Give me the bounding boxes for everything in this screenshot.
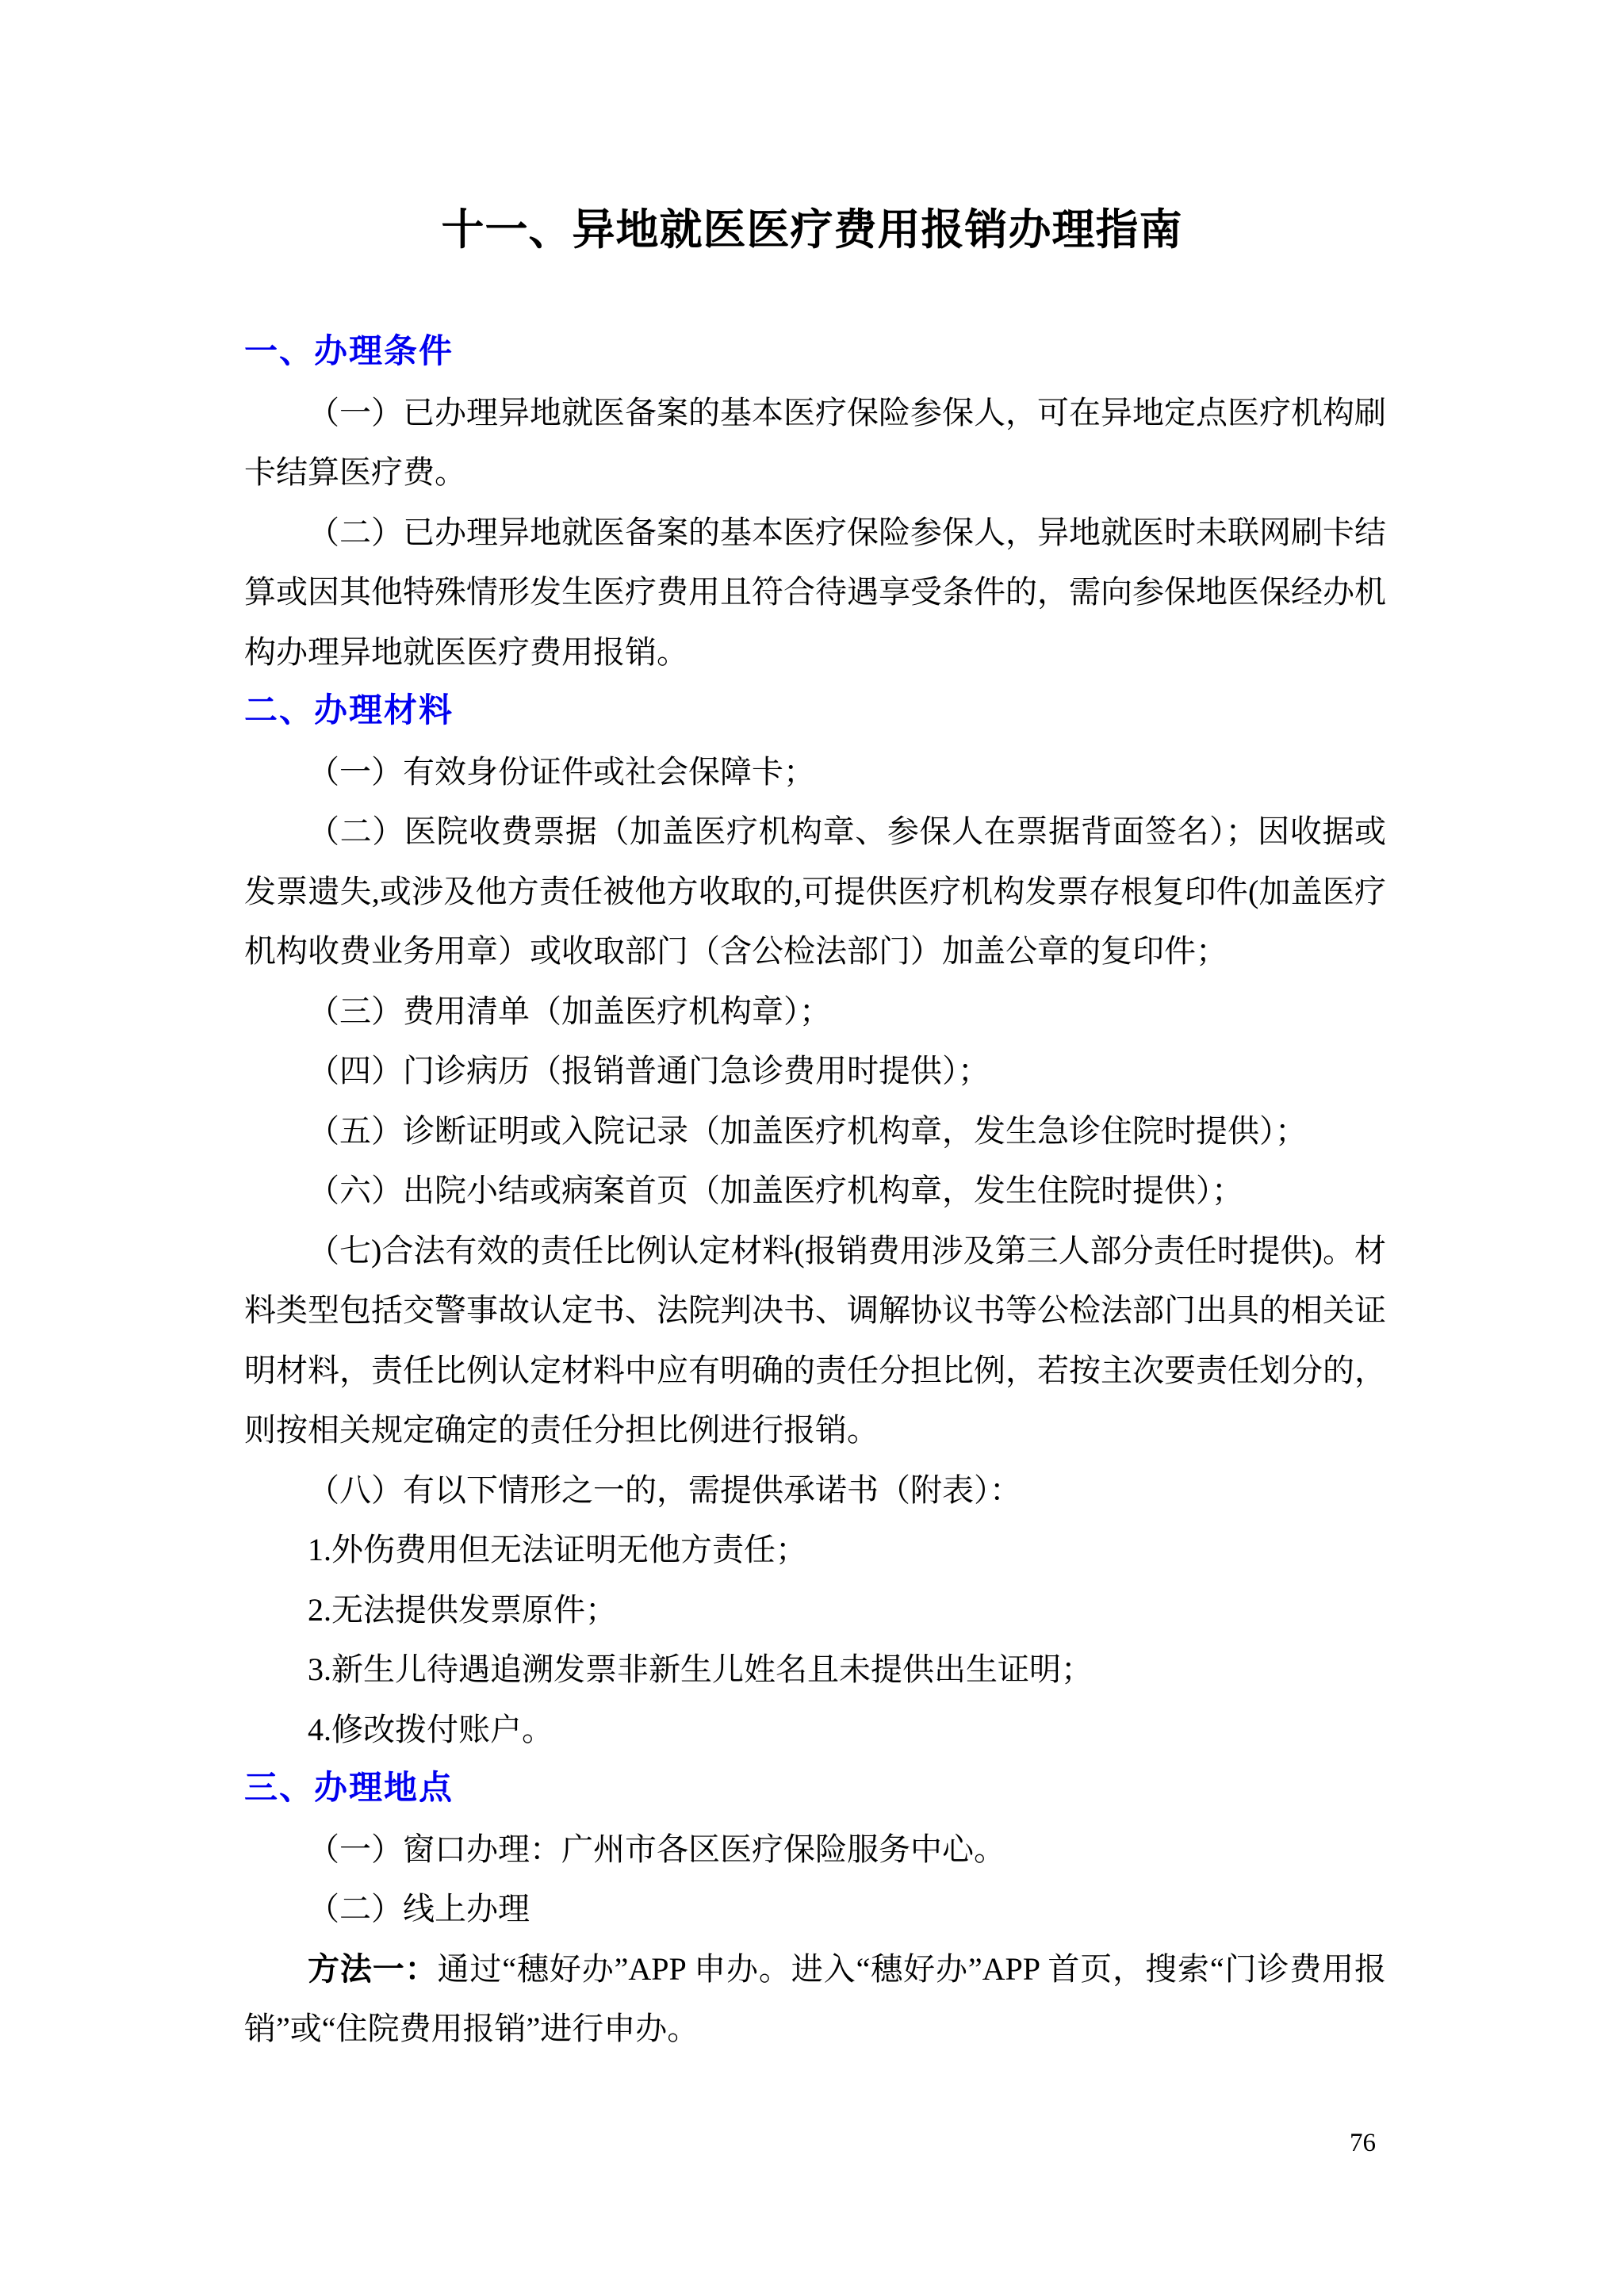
list-item: 1.外伤费用但无法证明无他方责任； [244, 1520, 1386, 1580]
paragraph: （二）线上办理 [244, 1879, 1386, 1939]
paragraph: （八）有以下情形之一的，需提供承诺书（附表）： [244, 1460, 1386, 1521]
method-lead-label: 方法一： [308, 1951, 438, 1987]
page-number: 76 [1350, 2128, 1376, 2158]
paragraph: （二）医院收费票据（加盖医疗机构章、参保人在票据背面签名）；因收据或发票遗失,或… [244, 802, 1386, 982]
list-item: 4.修改拨付账户。 [244, 1700, 1386, 1760]
paragraph-method: 方法一：通过“穗好办”APP 申办。进入“穗好办”APP 首页，搜索“门诊费用报… [244, 1939, 1386, 2059]
list-item: 2.无法提供发票原件； [244, 1580, 1386, 1640]
document-title: 十一、异地就医医疗费用报销办理指南 [0, 205, 1624, 255]
paragraph: （一）已办理异地就医备案的基本医疗保险参保人，可在异地定点医疗机构刷卡结算医疗费… [244, 383, 1386, 503]
paragraph: （一）窗口办理：广州市各区医疗保险服务中心。 [244, 1820, 1386, 1880]
section-heading-conditions: 一、办理条件 [244, 323, 1386, 383]
paragraph: （一）有效身份证件或社会保障卡； [244, 742, 1386, 802]
document-body: 一、办理条件 （一）已办理异地就医备案的基本医疗保险参保人，可在异地定点医疗机构… [244, 323, 1386, 2059]
list-item: 3.新生儿待遇追溯发票非新生儿姓名且未提供出生证明； [244, 1640, 1386, 1700]
paragraph: （七)合法有效的责任比例认定材料(报销费用涉及第三人部分责任时提供)。材料类型包… [244, 1221, 1386, 1460]
paragraph: （二）已办理异地就医备案的基本医疗保险参保人，异地就医时未联网刷卡结算或因其他特… [244, 503, 1386, 683]
paragraph: （六）出院小结或病案首页（加盖医疗机构章，发生住院时提供）； [244, 1161, 1386, 1221]
paragraph: （五）诊断证明或入院记录（加盖医疗机构章，发生急诊住院时提供）； [244, 1101, 1386, 1161]
section-heading-materials: 二、办理材料 [244, 682, 1386, 742]
paragraph: （四）门诊病历（报销普通门急诊费用时提供）； [244, 1041, 1386, 1101]
document-page: 十一、异地就医医疗费用报销办理指南 一、办理条件 （一）已办理异地就医备案的基本… [0, 0, 1624, 2296]
section-heading-locations: 三、办理地点 [244, 1759, 1386, 1820]
paragraph: （三）费用清单（加盖医疗机构章）； [244, 982, 1386, 1042]
